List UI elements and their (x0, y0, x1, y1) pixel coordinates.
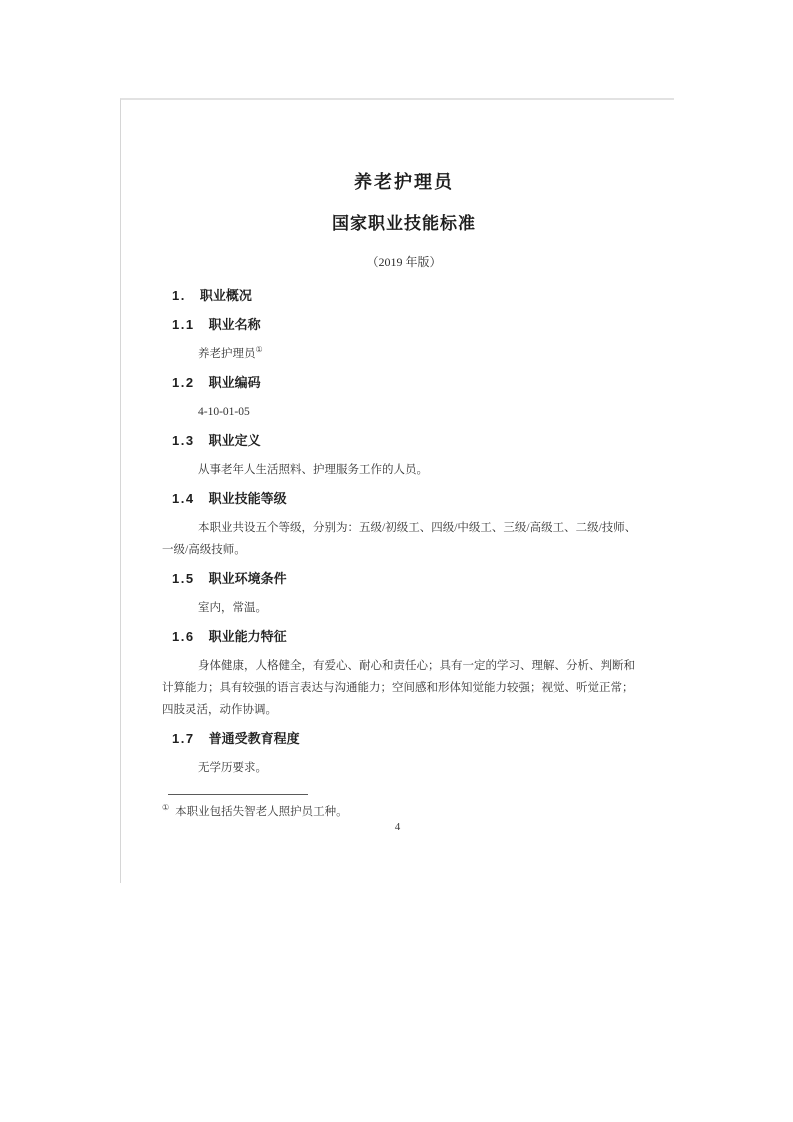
paragraph-line: 一级/高级技师。 (162, 539, 646, 561)
paragraph-line: 养老护理员① (162, 343, 646, 365)
section-1-2: 1.2职业编码 4-10-01-05 (162, 372, 646, 423)
section-heading: 1.6职业能力特征 (172, 626, 646, 648)
paragraph-line: 4-10-01-05 (162, 401, 646, 423)
section-heading-text: 普通受教育程度 (209, 731, 300, 746)
section-heading: 1.3职业定义 (172, 430, 646, 452)
section-number: 1.6 (172, 629, 195, 644)
section-heading: 1.4职业技能等级 (172, 488, 646, 510)
section-heading-text: 职业能力特征 (209, 629, 287, 644)
footnote-divider (168, 794, 308, 795)
section-heading-text: 职业概况 (200, 288, 252, 303)
paragraph-line: 室内，常温。 (162, 597, 646, 619)
paragraph-line: 无学历要求。 (162, 757, 646, 779)
paragraph-line: 四肢灵活，动作协调。 (162, 699, 646, 721)
section-number: 1.2 (172, 375, 195, 390)
footnote-block: ①本职业包括失智老人照护员工种。 (162, 794, 642, 820)
section-number: 1.5 (172, 571, 195, 586)
section-heading-text: 职业名称 (209, 317, 261, 332)
footnote-text: 本职业包括失智老人照护员工种。 (175, 806, 348, 818)
edition-label: （2019 年版） (162, 255, 646, 269)
document-canvas: 养老护理员 国家职业技能标准 （2019 年版） 1.职业概况 1.1职业名称 … (0, 0, 793, 1122)
paragraph-line: 本职业共设五个等级，分别为：五级/初级工、四级/中级工、三级/高级工、二级/技师… (162, 517, 646, 539)
section-heading: 1.职业概况 (172, 285, 646, 307)
section-1: 1.职业概况 (162, 285, 646, 307)
paragraph-line: 身体健康，人格健全，有爱心、耐心和责任心；具有一定的学习、理解、分析、判断和 (162, 655, 646, 677)
section-number: 1.1 (172, 317, 195, 332)
document-page: 养老护理员 国家职业技能标准 （2019 年版） 1.职业概况 1.1职业名称 … (120, 98, 674, 883)
page-number: 4 (121, 821, 674, 833)
section-heading: 1.7普通受教育程度 (172, 728, 646, 750)
section-heading-text: 职业编码 (209, 375, 261, 390)
section-number: 1.4 (172, 491, 195, 506)
section-heading-text: 职业技能等级 (209, 491, 287, 506)
footnote-line: ①本职业包括失智老人照护员工种。 (162, 800, 642, 820)
paragraph-line: 计算能力；具有较强的语言表达与沟通能力；空间感和形体知觉能力较强；视觉、听觉正常… (162, 677, 646, 699)
section-1-1: 1.1职业名称 养老护理员① (162, 314, 646, 365)
section-1-6: 1.6职业能力特征 身体健康，人格健全，有爱心、耐心和责任心；具有一定的学习、理… (162, 626, 646, 721)
section-heading: 1.2职业编码 (172, 372, 646, 394)
section-heading: 1.5职业环境条件 (172, 568, 646, 590)
footnote-reference-mark: ① (256, 345, 263, 354)
section-1-4: 1.4职业技能等级 本职业共设五个等级，分别为：五级/初级工、四级/中级工、三级… (162, 488, 646, 561)
paragraph-line: 从事老年人生活照料、护理服务工作的人员。 (162, 459, 646, 481)
occupation-name-text: 养老护理员 (198, 348, 256, 360)
section-number: 1.3 (172, 433, 195, 448)
section-heading: 1.1职业名称 (172, 314, 646, 336)
page-content: 养老护理员 国家职业技能标准 （2019 年版） 1.职业概况 1.1职业名称 … (121, 172, 674, 779)
section-1-5: 1.5职业环境条件 室内，常温。 (162, 568, 646, 619)
footnote-marker: ① (162, 803, 169, 812)
section-heading-text: 职业环境条件 (209, 571, 287, 586)
section-1-7: 1.7普通受教育程度 无学历要求。 (162, 728, 646, 779)
doc-title: 养老护理员 (162, 172, 646, 192)
section-number: 1. (172, 288, 186, 303)
section-1-3: 1.3职业定义 从事老年人生活照料、护理服务工作的人员。 (162, 430, 646, 481)
doc-subtitle: 国家职业技能标准 (162, 214, 646, 234)
section-number: 1.7 (172, 731, 195, 746)
section-heading-text: 职业定义 (209, 433, 261, 448)
